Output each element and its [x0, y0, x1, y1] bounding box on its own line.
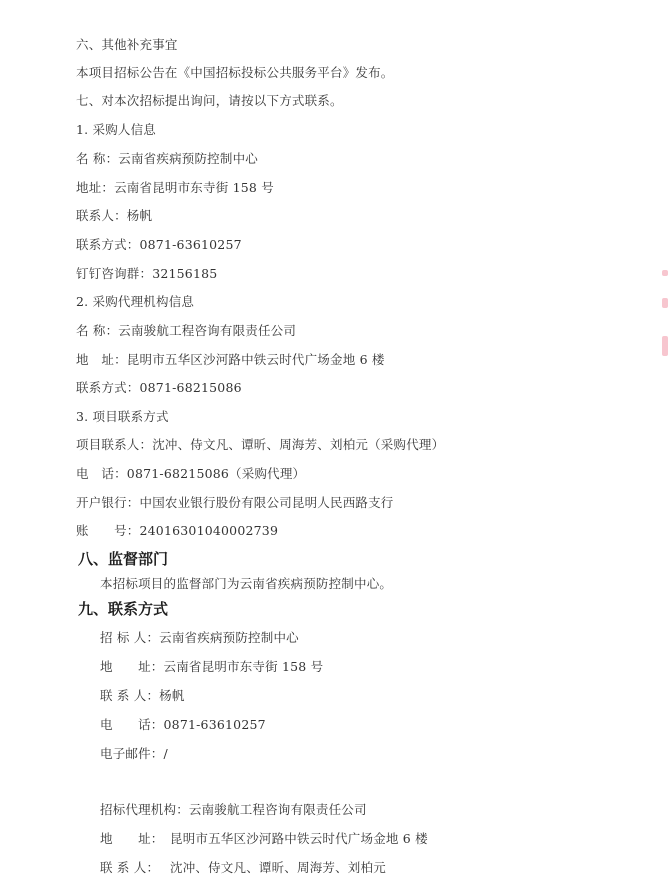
agency-contact-name-row: 招标代理机构：云南骏航工程咨询有限责任公司 — [100, 802, 367, 818]
tenderer-address-label: 地 址： — [100, 659, 164, 675]
agency-name: 名 称：云南骏航工程咨询有限责任公司 — [76, 323, 296, 339]
seal-stamp-fragment — [662, 270, 670, 360]
purchaser-dingtalk: 钉钉咨询群：32156185 — [76, 266, 217, 282]
tenderer-contact-label: 联 系 人： — [100, 688, 159, 704]
tenderer-phone-value: 0871-63610257 — [164, 717, 266, 732]
agency-contact-address-label: 地 址： — [100, 831, 170, 847]
purchaser-phone: 联系方式：0871-63610257 — [76, 237, 242, 253]
tenderer-address-value: 云南省昆明市东寺街 158 号 — [164, 659, 324, 674]
tenderer-name-label: 招 标 人： — [100, 630, 159, 646]
purchaser-address: 地址：云南省昆明市东寺街 158 号 — [76, 180, 274, 196]
section-6-title: 六、其他补充事宜 — [76, 37, 178, 53]
agency-contact-person-row: 联 系 人：沈冲、侍文凡、谭昕、周海芳、刘柏元 — [100, 860, 386, 876]
tenderer-email-value: / — [164, 746, 168, 761]
tenderer-address-row: 地 址：云南省昆明市东寺街 158 号 — [100, 659, 323, 675]
agency-address: 地 址：昆明市五华区沙河路中铁云时代广场金地 6 楼 — [76, 352, 385, 368]
tenderer-email-label: 电子邮件： — [100, 746, 164, 762]
section-7-title: 七、对本次招标提出询问，请按以下方式联系。 — [76, 93, 343, 109]
project-phone: 电 话：0871-68215086（采购代理） — [76, 466, 305, 482]
agency-contact-person-label: 联 系 人： — [100, 860, 170, 876]
tenderer-contact-row: 联 系 人：杨帆 — [100, 688, 185, 704]
agency-contact-address-row: 地 址：昆明市五华区沙河路中铁云时代广场金地 6 楼 — [100, 831, 428, 847]
agency-heading: 2. 采购代理机构信息 — [76, 294, 194, 310]
tenderer-email-row: 电子邮件：/ — [100, 746, 168, 762]
tenderer-phone-row: 电 话：0871-63610257 — [100, 717, 266, 733]
agency-phone: 联系方式：0871-68215086 — [76, 380, 242, 396]
purchaser-contact: 联系人：杨帆 — [76, 208, 152, 224]
section-8-text: 本招标项目的监督部门为云南省疾病预防控制中心。 — [100, 576, 392, 592]
purchaser-heading: 1. 采购人信息 — [76, 122, 156, 138]
agency-contact-name-label: 招标代理机构： — [100, 802, 189, 818]
agency-contact-person-value: 沈冲、侍文凡、谭昕、周海芳、刘柏元 — [170, 860, 386, 875]
project-bank: 开户银行：中国农业银行股份有限公司昆明人民西路支行 — [76, 495, 394, 511]
agency-contact-address-value: 昆明市五华区沙河路中铁云时代广场金地 6 楼 — [170, 831, 428, 846]
section-6-text: 本项目招标公告在《中国招标投标公共服务平台》发布。 — [76, 65, 394, 81]
tenderer-name-value: 云南省疾病预防控制中心 — [159, 630, 299, 645]
section-9-title: 九、联系方式 — [78, 600, 168, 618]
project-contact-heading: 3. 项目联系方式 — [76, 409, 169, 425]
section-8-title: 八、监督部门 — [78, 550, 168, 568]
tenderer-phone-label: 电 话： — [100, 717, 164, 733]
tenderer-contact-value: 杨帆 — [159, 688, 184, 703]
project-account: 账 号：24016301040002739 — [76, 523, 278, 539]
tenderer-name-row: 招 标 人：云南省疾病预防控制中心 — [100, 630, 299, 646]
agency-contact-name-value: 云南骏航工程咨询有限责任公司 — [189, 802, 367, 817]
project-contacts: 项目联系人：沈冲、侍文凡、谭昕、周海芳、刘柏元（采购代理） — [76, 437, 444, 453]
purchaser-name: 名 称：云南省疾病预防控制中心 — [76, 151, 258, 167]
